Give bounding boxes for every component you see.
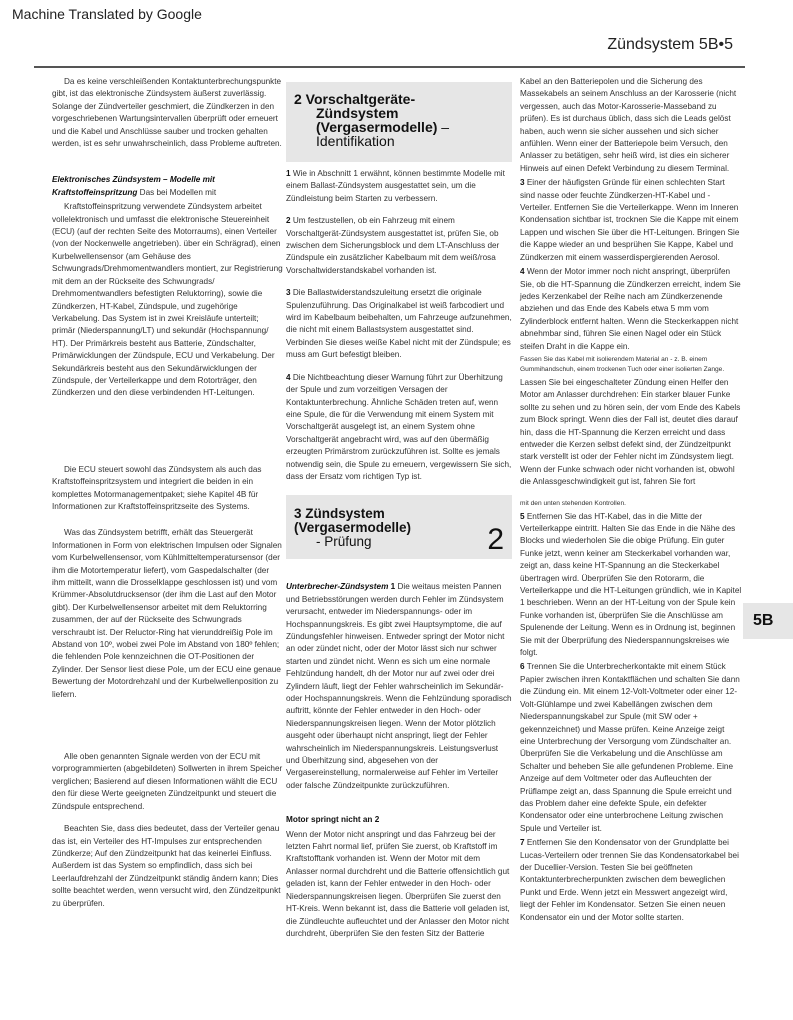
numbered-item: 3 Die Ballastwiderstandszuleitung ersetz…	[286, 287, 512, 361]
numbered-item: 7 Entfernen Sie den Kondensator von der …	[520, 837, 742, 924]
section-2-heading-box: 2 Vorschaltgeräte- Zündsystem (Vergaserm…	[286, 82, 512, 162]
header-rule	[34, 66, 745, 68]
numbered-item: 4 Wenn der Motor immer noch nicht anspri…	[520, 266, 742, 353]
section-3-heading-box: 3 Zündsystem (Vergasermodelle) - Prüfung…	[286, 495, 512, 559]
numbered-item: 3 Einer der häufigsten Gründe für einen …	[520, 177, 742, 264]
section-figure-number: 2	[487, 525, 504, 555]
right-column: Kabel an den Batteriepolen und die Siche…	[520, 76, 742, 926]
numbered-item: 5 Entfernen Sie das HT-Kabel, das in die…	[520, 511, 742, 660]
paragraph: Kabel an den Batteriepolen und die Siche…	[520, 76, 742, 175]
paragraph: Beachten Sie, dass dies bedeutet, dass d…	[52, 823, 284, 910]
paragraph: Was das Zündsystem betrifft, erhält das …	[52, 527, 284, 701]
paragraph: Wenn der Motor nicht anspringt und das F…	[286, 829, 512, 941]
running-head: Zündsystem 5B•5	[607, 36, 733, 54]
middle-column: 2 Vorschaltgeräte- Zündsystem (Vergaserm…	[286, 76, 512, 950]
paragraph: Da es keine verschleißenden Kontaktunter…	[52, 76, 284, 150]
subheading: Motor springt nicht an 2	[286, 814, 512, 826]
paragraph: Die ECU steuert sowohl das Zündsystem al…	[52, 464, 284, 514]
paragraph-subhead: Elektronisches Zündsystem – Modelle mit …	[52, 174, 284, 199]
paragraph: Unterbrecher-Zündsystem 1 Die weitaus me…	[286, 581, 512, 792]
machine-translation-banner: Machine Translated by Google	[12, 6, 202, 22]
paragraph: Kraftstoffeinspritzung verwendete Zündsy…	[52, 201, 284, 400]
paragraph: Lassen Sie bei eingeschalteter Zündung e…	[520, 377, 742, 489]
note: mit den unten stehenden Kontrollen.	[520, 499, 742, 509]
numbered-item: 4 Die Nichtbeachtung dieser Warnung führ…	[286, 372, 512, 484]
paragraph: Alle oben genannten Signale werden von d…	[52, 751, 284, 813]
chapter-tab: 5B	[743, 603, 793, 639]
note: Fassen Sie das Kabel mit isolierendem Ma…	[520, 355, 742, 375]
numbered-item: 2 Um festzustellen, ob ein Fahrzeug mit …	[286, 215, 512, 277]
numbered-item: 1 Wie in Abschnitt 1 erwähnt, können bes…	[286, 168, 512, 205]
left-column: Da es keine verschleißenden Kontaktunter…	[52, 76, 284, 920]
numbered-item: 6 Trennen Sie die Unterbrecherkontakte m…	[520, 661, 742, 835]
